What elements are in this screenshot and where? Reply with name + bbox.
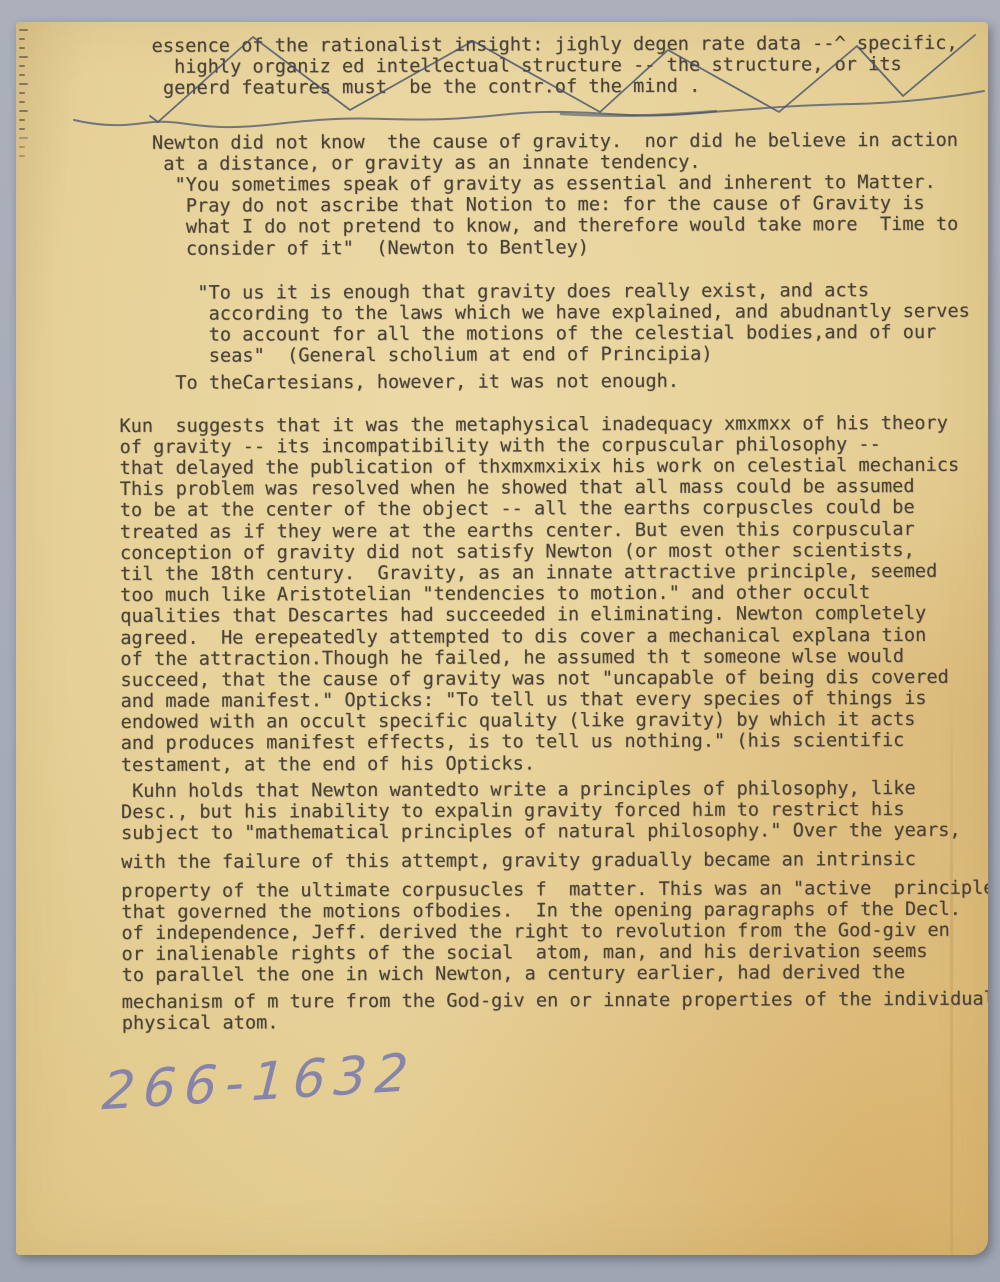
typed-line: subject to "mathematical principles of n…: [121, 820, 988, 845]
edge-tick-mark: [19, 74, 25, 76]
edge-tick-marks: [16, 22, 36, 242]
paper-crease: [950, 682, 953, 1255]
typed-line: generd features must be the contr.of the…: [118, 75, 988, 100]
edge-tick-mark: [19, 92, 25, 94]
typed-paragraph-opticks: and made manifest." Opticks: "To tell us…: [121, 688, 988, 776]
typed-paragraph-principia-scholium-quote: "To us it is enough that gravity does re…: [119, 279, 988, 367]
scan-background: essence of the rationalist insight: jigh…: [0, 0, 1000, 1282]
typed-line: To theCartesians, however, it was not en…: [119, 370, 988, 395]
edge-tick-mark: [19, 65, 25, 67]
typed-line: treated as if they were at the earths ce…: [120, 518, 988, 543]
typed-line: Newton did not know the cause of gravity…: [118, 129, 988, 154]
typed-line: testament, at the end of his Opticks.: [121, 751, 988, 776]
typed-line: consider of it" (Newton to Bentley): [119, 235, 988, 260]
typed-line: to be at the center of the object -- all…: [120, 497, 988, 522]
edge-tick-mark: [19, 119, 25, 121]
typed-paragraph-active-principle: property of the ultimate corpusucles f m…: [121, 877, 988, 986]
typed-line: physical atom.: [122, 1009, 988, 1034]
edge-tick-mark: [19, 146, 25, 148]
typed-text-layer: essence of the rationalist insight: jigh…: [118, 33, 988, 1034]
typed-paragraph-crossed-out-intro: essence of the rationalist insight: jigh…: [118, 33, 988, 100]
edge-tick-mark: [19, 83, 28, 85]
typed-line: qualities that Descartes had succeeded i…: [120, 603, 988, 628]
typed-line: what I do not pretend to know, and there…: [119, 214, 988, 239]
edge-tick-mark: [19, 128, 25, 130]
edge-tick-mark: [19, 38, 25, 40]
typed-line: and produces manifest effects, is to tel…: [121, 730, 988, 755]
typed-line: to parallel the one in wich Newton, a ce…: [122, 962, 988, 987]
paper-sheet: essence of the rationalist insight: jigh…: [16, 22, 988, 1255]
edge-tick-mark: [19, 137, 28, 139]
typed-line: mechanism of m ture from the God-giv en …: [122, 988, 988, 1013]
edge-tick-mark: [19, 110, 28, 112]
typed-paragraph-kuhn-holds: Kuhn holds that Newton wantedto write a …: [121, 777, 988, 844]
edge-tick-mark: [19, 56, 28, 58]
typed-line: seas" (General scholium at end of Princi…: [119, 343, 988, 368]
edge-tick-mark: [19, 29, 28, 31]
edge-tick-mark: [19, 47, 25, 49]
typed-paragraph-kuhn-suggests: Kun suggests that it was the metaphysica…: [119, 412, 988, 691]
typed-line: Kun suggests that it was the metaphysica…: [119, 412, 988, 437]
typed-line: property of the ultimate corpusucles f m…: [121, 877, 988, 902]
typed-line: to account for all the motions of the ce…: [119, 322, 988, 347]
typed-paragraph-cartesians: To theCartesians, however, it was not en…: [119, 370, 988, 395]
typed-line: highly organiz ed intellectual structure…: [118, 54, 988, 79]
edge-tick-mark: [19, 101, 25, 103]
edge-tick-mark: [19, 155, 25, 157]
handwritten-number: 266-1632: [100, 1043, 417, 1123]
typed-line: agreed. He erepeatedly attempted to dis …: [120, 624, 988, 649]
typed-line: with the failure of this attempt, gravit…: [121, 849, 988, 874]
typed-paragraph-newton-and-bentley-quote: Newton did not know the cause of gravity…: [118, 129, 988, 260]
typed-paragraph-failure-of-attempt: with the failure of this attempt, gravit…: [121, 849, 988, 874]
typed-paragraph-mechanism-of-nature: mechanism of m ture from the God-giv en …: [122, 988, 988, 1034]
